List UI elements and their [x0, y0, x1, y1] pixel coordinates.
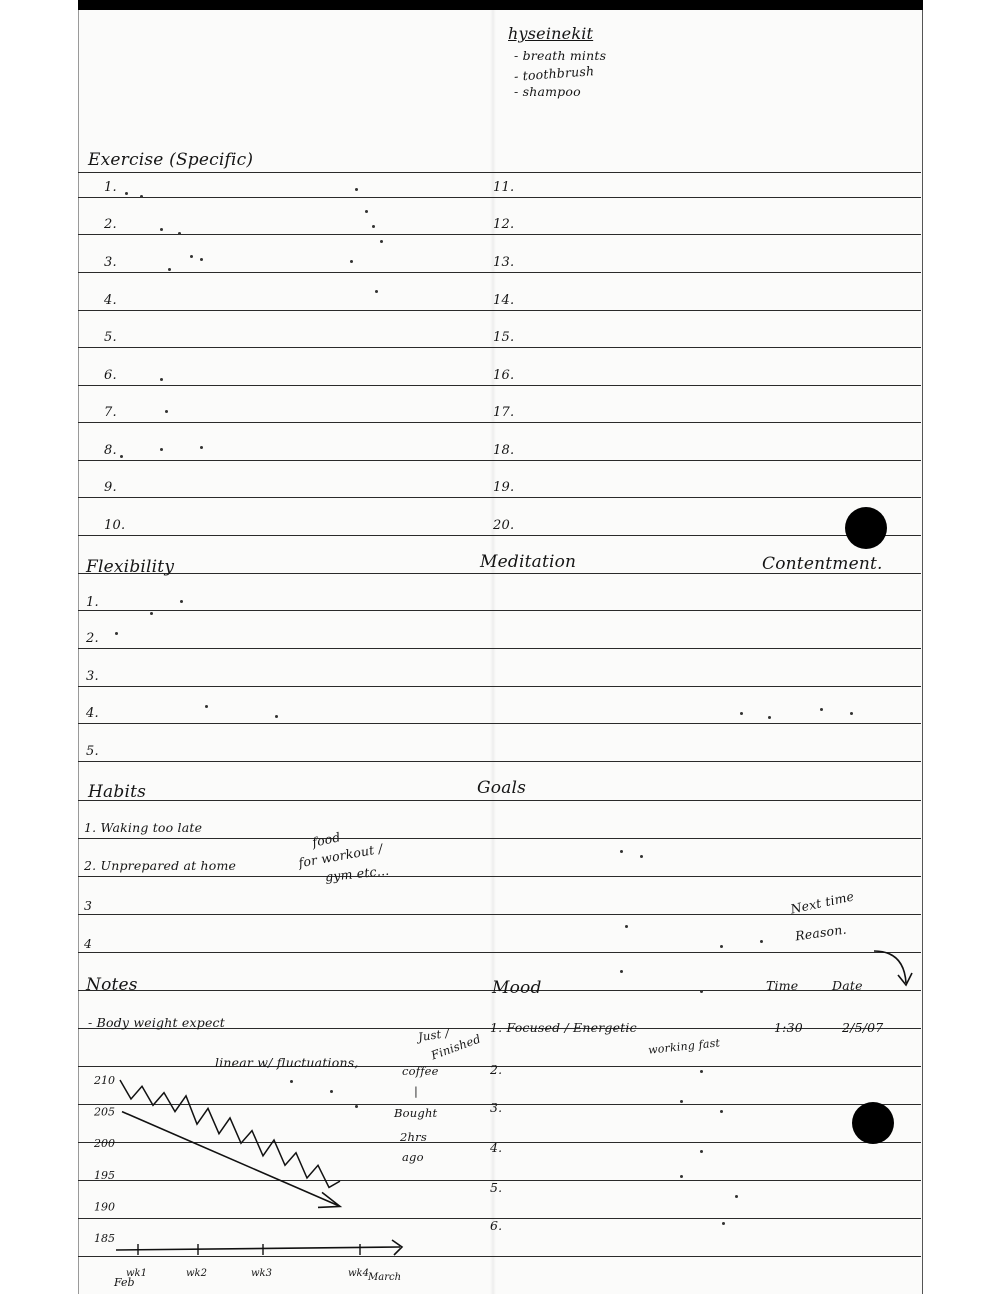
- scan-speck: [365, 210, 368, 213]
- habit-item: 3: [84, 898, 92, 913]
- exercise-number: 11.: [493, 180, 514, 195]
- ruled-line: [78, 686, 921, 687]
- scan-speck: [850, 712, 853, 715]
- x-tick-label: wk2: [186, 1268, 207, 1279]
- exercise-number: 8.: [104, 443, 117, 458]
- habit-item: 4: [84, 936, 92, 951]
- x-axis: [116, 1247, 400, 1250]
- scan-speck: [700, 1070, 703, 1073]
- scan-speck: [768, 716, 771, 719]
- scan-speck: [372, 225, 375, 228]
- scan-edge: [78, 0, 923, 10]
- mood-time-header: Time: [766, 978, 798, 993]
- scan-speck: [275, 715, 278, 718]
- scan-speck: [330, 1090, 333, 1093]
- scan-speck: [680, 1175, 683, 1178]
- scan-speck: [720, 945, 723, 948]
- hygiene-kit-title: hyseinekit: [508, 24, 593, 43]
- scan-speck: [160, 228, 163, 231]
- y-tick-label: 190: [94, 1200, 115, 1213]
- goals-heading: Goals: [477, 778, 526, 798]
- exercise-number: 19.: [493, 480, 514, 495]
- exercise-number: 7.: [104, 405, 117, 420]
- y-tick-label: 195: [94, 1169, 115, 1182]
- exercise-number: 10.: [104, 518, 125, 533]
- exercise-number: 16.: [493, 368, 514, 383]
- habit-item: 2. Unprepared at home: [84, 858, 236, 873]
- ruled-line: [78, 800, 921, 801]
- scan-speck: [290, 1080, 293, 1083]
- scan-speck: [200, 258, 203, 261]
- mood-entry-time: 1:30: [774, 1020, 803, 1035]
- ruled-line: [78, 347, 921, 348]
- notes-line-1: - Body weight expect: [88, 1015, 225, 1030]
- exercise-number: 18.: [493, 443, 514, 458]
- scan-speck: [640, 855, 643, 858]
- ruled-line: [78, 535, 921, 536]
- ruled-line: [78, 197, 921, 198]
- mood-entry: 3.: [490, 1100, 502, 1115]
- scan-speck: [200, 446, 203, 449]
- scan-speck: [700, 1150, 703, 1153]
- scan-speck: [168, 268, 171, 271]
- ruled-line: [78, 838, 921, 839]
- scan-speck: [115, 632, 118, 635]
- y-tick-label: 210: [93, 1074, 115, 1087]
- hygiene-kit-item: - shampoo: [514, 84, 581, 99]
- ruled-line: [78, 460, 921, 461]
- flexibility-number: 5.: [86, 744, 99, 759]
- flexibility-number: 4.: [86, 706, 99, 721]
- weight-trend-line: [122, 1112, 340, 1207]
- scan-speck: [720, 1110, 723, 1113]
- exercise-number: 17.: [493, 405, 514, 420]
- scan-speck: [735, 1195, 738, 1198]
- scan-speck: [205, 705, 208, 708]
- mood-entry: 4.: [490, 1140, 502, 1155]
- ruled-line: [78, 723, 921, 724]
- ruled-line: [78, 876, 921, 877]
- ruled-line: [78, 385, 921, 386]
- exercise-number: 20.: [493, 518, 514, 533]
- exercise-heading: Exercise (Specific): [88, 150, 253, 170]
- contentment-heading: Contentment.: [762, 554, 883, 574]
- binder-hole: [845, 507, 887, 549]
- exercise-number: 13.: [493, 255, 514, 270]
- exercise-number: 14.: [493, 293, 514, 308]
- scan-speck: [150, 612, 153, 615]
- scan-speck: [620, 850, 623, 853]
- scan-speck: [620, 970, 623, 973]
- ruled-line: [78, 610, 921, 611]
- flexibility-number: 3.: [86, 669, 99, 684]
- mood-heading: Mood: [492, 978, 542, 998]
- scan-speck: [165, 410, 168, 413]
- hygiene-kit-item: - breath mints: [514, 48, 606, 63]
- ruled-line: [78, 952, 921, 953]
- mood-entry: 5.: [490, 1180, 502, 1195]
- y-tick-label: 205: [93, 1106, 115, 1119]
- scan-speck: [722, 1222, 725, 1225]
- ruled-line: [78, 172, 921, 173]
- exercise-number: 3.: [104, 255, 117, 270]
- weight-actual-line: [120, 1080, 340, 1187]
- x-tick-label: wk4: [348, 1268, 369, 1279]
- scan-speck: [760, 940, 763, 943]
- mood-entry-date: 2/5/07: [842, 1020, 883, 1035]
- binder-hole: [852, 1102, 894, 1144]
- weight-graph: 210205200195190185wk1wk2wk3wk4FebMarch: [78, 1060, 438, 1294]
- scan-speck: [120, 455, 123, 458]
- mood-entry: 2.: [490, 1062, 502, 1077]
- x-tick-label: wk3: [251, 1268, 272, 1279]
- flexibility-number: 2.: [86, 631, 99, 646]
- x-start-label: Feb: [113, 1276, 135, 1289]
- exercise-number: 9.: [104, 480, 117, 495]
- scan-speck: [178, 232, 181, 235]
- y-tick-label: 200: [93, 1137, 115, 1150]
- ruled-line: [78, 761, 921, 762]
- ruled-line: [78, 422, 921, 423]
- exercise-number: 5.: [104, 330, 117, 345]
- scan-speck: [625, 925, 628, 928]
- scan-speck: [380, 240, 383, 243]
- scan-speck: [350, 260, 353, 263]
- meditation-heading: Meditation: [480, 552, 576, 572]
- scan-speck: [355, 188, 358, 191]
- scan-speck: [140, 195, 143, 198]
- exercise-number: 2.: [104, 217, 117, 232]
- scan-speck: [160, 378, 163, 381]
- scan-speck: [820, 708, 823, 711]
- ruled-line: [78, 272, 921, 273]
- mood-entry: 6.: [490, 1218, 502, 1233]
- scan-speck: [190, 255, 193, 258]
- habit-item: 1. Waking too late: [84, 820, 202, 835]
- scan-speck: [125, 192, 128, 195]
- ruled-line: [78, 648, 921, 649]
- scan-speck: [740, 712, 743, 715]
- exercise-number: 12.: [493, 217, 514, 232]
- exercise-number: 6.: [104, 368, 117, 383]
- y-tick-label: 185: [94, 1232, 115, 1245]
- ruled-line: [78, 497, 921, 498]
- mood-date-header: Date: [832, 978, 863, 993]
- scan-speck: [355, 1105, 358, 1108]
- scan-speck: [180, 600, 183, 603]
- notes-heading: Notes: [86, 975, 138, 995]
- scan-speck: [160, 448, 163, 451]
- ruled-line: [78, 310, 921, 311]
- mood-entry: 1. Focused / Energetic: [490, 1020, 637, 1035]
- exercise-number: 1.: [104, 180, 117, 195]
- scan-speck: [680, 1100, 683, 1103]
- flexibility-heading: Flexibility: [86, 557, 174, 577]
- flexibility-number: 1.: [86, 595, 99, 610]
- scan-speck: [700, 990, 703, 993]
- x-end-label: March: [367, 1272, 401, 1283]
- habits-heading: Habits: [88, 782, 146, 802]
- curved-arrow-icon: [870, 945, 920, 990]
- ruled-line: [78, 234, 921, 235]
- exercise-number: 15.: [493, 330, 514, 345]
- exercise-number: 4.: [104, 293, 117, 308]
- scan-speck: [375, 290, 378, 293]
